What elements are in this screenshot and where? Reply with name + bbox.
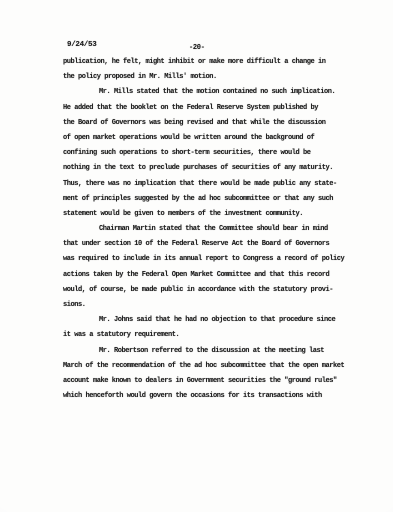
text-line: statement would be given to members of t…	[63, 207, 363, 222]
page-number: -20-	[189, 44, 205, 52]
text-line: Mr. Mills stated that the motion contain…	[63, 85, 363, 100]
text-line: March of the recommendation of the ad ho…	[63, 359, 363, 374]
text-line: ment of principles suggested by the ad h…	[63, 192, 363, 207]
text-line: actions taken by the Federal Open Market…	[63, 268, 363, 283]
text-line: Chairman Martin stated that the Committe…	[63, 222, 363, 237]
text-line: that under section 10 of the Federal Res…	[63, 237, 363, 252]
text-line: would, of course, be made public in acco…	[63, 283, 363, 298]
text-line: He added that the booklet on the Federal…	[63, 101, 363, 116]
text-line: which henceforth would govern the occasi…	[63, 389, 363, 404]
text-line: the policy proposed in Mr. Mills' motion…	[63, 70, 363, 85]
text-line: was required to include in its annual re…	[63, 252, 363, 267]
text-line: Mr. Robertson referred to the discussion…	[63, 344, 363, 359]
text-line: Thus, there was no implication that ther…	[63, 177, 363, 192]
document-page: 9/24/53 -20- publication, he felt, might…	[0, 0, 393, 512]
text-line: account make known to dealers in Governm…	[63, 374, 363, 389]
text-line: of open market operations would be writt…	[63, 131, 363, 146]
text-line: sions.	[63, 298, 363, 313]
text-line: publication, he felt, might inhibit or m…	[63, 55, 363, 70]
text-line: the Board of Governors was being revised…	[63, 116, 363, 131]
text-line: confining such operations to short-term …	[63, 146, 363, 161]
text-line: Mr. Johns said that he had no objection …	[63, 313, 363, 328]
text-line: it was a statutory requirement.	[63, 328, 363, 343]
text-line: nothing in the text to preclude purchase…	[63, 161, 363, 176]
document-body: publication, he felt, might inhibit or m…	[63, 55, 363, 404]
document-date: 9/24/53	[67, 41, 96, 49]
